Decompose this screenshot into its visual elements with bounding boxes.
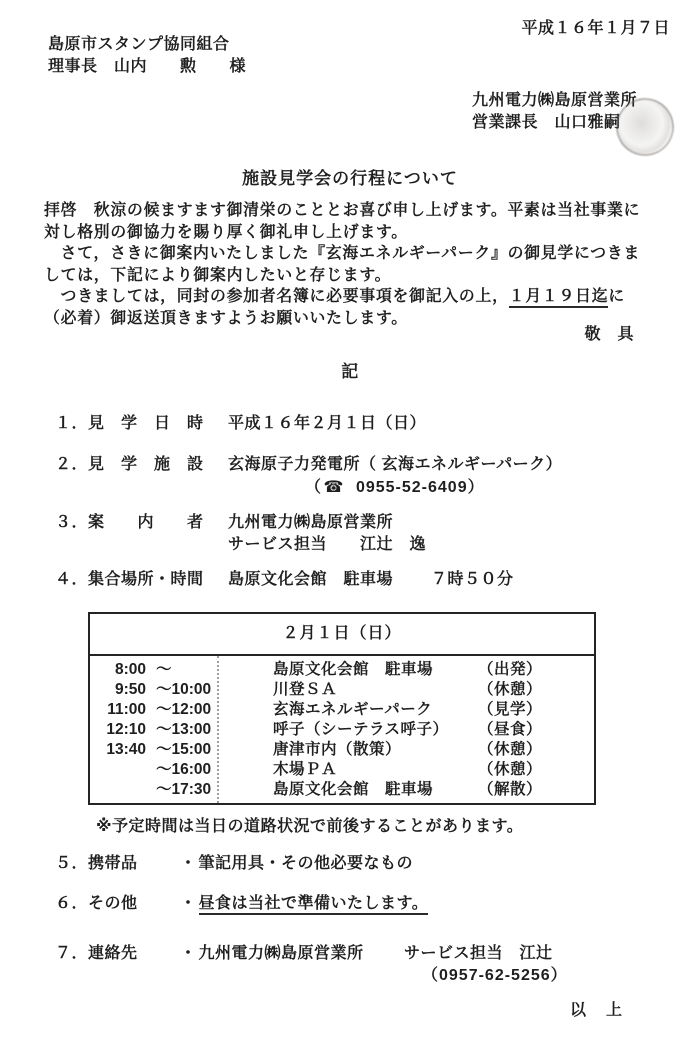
facility-phone: （☎0955-52-6409） xyxy=(305,474,484,497)
itinerary-row-5: 13:40～15:00唐津市内（散策）（休憩） xyxy=(90,740,594,760)
bullet-icon: ・ xyxy=(180,945,197,962)
sender-person: 営業課長 山口雅嗣 xyxy=(472,112,637,134)
paren-close: ） xyxy=(468,479,485,496)
recipient-org: 島原市スタンプ協同組合 xyxy=(48,34,246,56)
letter-body: 拝啓 秋涼の候ますます御清栄のこととお喜び申し上げます。平素は当社事業に 対し格… xyxy=(44,200,640,329)
document-page: 平成１６年１月７日 島原市スタンプ協同組合 理事長 山内 勲 様 九州電力㈱島原… xyxy=(0,0,700,1042)
time-end: ～ xyxy=(146,660,245,680)
item-row-7: ７．連絡先 ・九州電力㈱島原営業所 サービス担当 江辻 xyxy=(0,940,700,962)
place: 玄海エネルギーパーク xyxy=(245,700,478,720)
place: 呼子（シーテラス呼子） xyxy=(245,720,478,740)
contact-person: サービス担当 江辻 xyxy=(404,940,553,963)
time-end: ～13:00 xyxy=(146,720,245,740)
bullet-icon: ・ xyxy=(180,895,197,912)
document-title: 施設見学会の行程について xyxy=(0,164,700,189)
activity-note: （休憩） xyxy=(478,740,594,760)
facility-phone-number: 0955-52-6409 xyxy=(356,479,468,496)
item-7-text: 九州電力㈱島原営業所 xyxy=(199,945,364,962)
item-7-value: ・九州電力㈱島原営業所 xyxy=(180,940,364,963)
item-5-text: 筆記用具・その他必要なもの xyxy=(199,855,414,872)
itinerary-date-header: ２月１日（日） xyxy=(90,614,594,656)
body-line-1: 拝啓 秋涼の候ますます御清栄のこととお喜び申し上げます。平素は当社事業に xyxy=(44,200,640,222)
item-row-2: ２．見 学 施 設 玄海原子力発電所（ 玄海エネルギーパーク） xyxy=(0,451,700,473)
itinerary-row-6: ～16:00木場ＰＡ（休憩） xyxy=(90,760,594,780)
meeting-time: ７時５０分 xyxy=(431,566,514,589)
time-start: 13:40 xyxy=(102,740,146,760)
time-end: ～16:00 xyxy=(146,760,245,780)
recipient-person: 理事長 山内 勲 様 xyxy=(48,56,246,78)
activity-note: （昼食） xyxy=(478,720,594,740)
item-3-guide: サービス担当 江辻 逸 xyxy=(228,531,426,554)
itinerary-row-4: 12:10～13:00呼子（シーテラス呼子）（昼食） xyxy=(90,720,594,740)
place: 島原文化会館 駐車場 xyxy=(245,660,478,680)
activity-note: （見学） xyxy=(478,700,594,720)
time-start: 8:00 xyxy=(102,660,146,680)
itinerary-table: ２月１日（日） 8:00～島原文化会館 駐車場（出発） 9:50～10:00川登… xyxy=(88,612,596,805)
item-5-label: ５．携帯品 xyxy=(55,850,138,873)
place: 島原文化会館 駐車場 xyxy=(245,780,478,800)
item-7-label: ７．連絡先 xyxy=(55,940,138,963)
itinerary-row-3: 11:00～12:00玄海エネルギーパーク（見学） xyxy=(90,700,594,720)
contact-phone-number: （0957-62-5256） xyxy=(422,962,568,985)
item-4-label: ４．集合場所・時間 xyxy=(55,566,204,589)
item-3-value: 九州電力㈱島原営業所 xyxy=(228,509,393,532)
body-line-4: しては，下記により御案内したいと存じます。 xyxy=(44,265,640,287)
time-end: ～12:00 xyxy=(146,700,245,720)
activity-note: （休憩） xyxy=(478,760,594,780)
place: 唐津市内（散策） xyxy=(245,740,478,760)
body-line-6: （必着）御返送頂きますようお願いいたします。 xyxy=(44,308,640,330)
item-row-6: ６．その他 ・昼食は当社で準備いたします。 xyxy=(0,890,700,912)
item-row-2-phone: （☎0955-52-6409） xyxy=(0,474,700,496)
item-row-3: ３．案 内 者 九州電力㈱島原営業所 xyxy=(0,509,700,531)
time-start xyxy=(102,780,146,800)
item-row-3b: サービス担当 江辻 逸 xyxy=(0,531,700,553)
item-row-4: ４．集合場所・時間 島原文化会館 駐車場 ７時５０分 xyxy=(0,566,700,588)
body-line-5: つきましては，同封の参加者名簿に必要事項を御記入の上，１月１９日迄に xyxy=(44,286,640,308)
itinerary-row-1: 8:00～島原文化会館 駐車場（出発） xyxy=(90,660,594,680)
sender-block: 九州電力㈱島原営業所 営業課長 山口雅嗣 xyxy=(472,90,637,133)
recipient-block: 島原市スタンプ協同組合 理事長 山内 勲 様 xyxy=(48,34,246,77)
item-3-label: ３．案 内 者 xyxy=(55,509,204,532)
item-1-value: 平成１６年２月１日（日） xyxy=(228,410,426,433)
time-end: ～15:00 xyxy=(146,740,245,760)
deadline-underlined: １月１９日迄 xyxy=(509,288,609,308)
activity-note: （出発） xyxy=(478,660,594,680)
table-dotted-divider xyxy=(217,656,219,803)
sender-org: 九州電力㈱島原営業所 xyxy=(472,90,637,112)
place: 木場ＰＡ xyxy=(245,760,478,780)
item-row-7-phone: （0957-62-5256） xyxy=(0,962,700,984)
item-5-value: ・筆記用具・その他必要なもの xyxy=(180,850,413,873)
item-4-value: 島原文化会館 駐車場 xyxy=(228,566,393,589)
record-heading: 記 xyxy=(0,357,700,382)
closing-keigu: 敬 具 xyxy=(584,321,634,344)
item-6-value: ・昼食は当社で準備いたします。 xyxy=(180,890,428,913)
item-2-label: ２．見 学 施 設 xyxy=(55,451,204,474)
time-start: 9:50 xyxy=(102,680,146,700)
bullet-icon: ・ xyxy=(180,855,197,872)
body-line-5-pre: つきましては，同封の参加者名簿に必要事項を御記入の上， xyxy=(44,288,509,305)
closing-ijou: 以 上 xyxy=(570,997,624,1020)
schedule-caution: ※予定時間は当日の道路状況で前後することがあります。 xyxy=(96,813,523,836)
activity-note: （休憩） xyxy=(478,680,594,700)
item-row-1: １．見 学 日 時 平成１６年２月１日（日） xyxy=(0,410,700,432)
time-start xyxy=(102,760,146,780)
paren-open: （ xyxy=(305,479,322,496)
body-line-5-post: に xyxy=(608,288,625,305)
item-6-label: ６．その他 xyxy=(55,890,138,913)
item-row-5: ５．携帯品 ・筆記用具・その他必要なもの xyxy=(0,850,700,872)
body-line-3: さて，さきに御案内いたしました『玄海エネルギーパーク』の御見学につきま xyxy=(44,243,640,265)
time-end: ～17:30 xyxy=(146,780,245,800)
item-1-label: １．見 学 日 時 xyxy=(55,410,204,433)
item-6-text-underlined: 昼食は当社で準備いたします。 xyxy=(199,895,429,915)
itinerary-body: 8:00～島原文化会館 駐車場（出発） 9:50～10:00川登ＳＡ（休憩） 1… xyxy=(90,656,594,803)
phone-icon: ☎ xyxy=(324,479,344,496)
itinerary-row-2: 9:50～10:00川登ＳＡ（休憩） xyxy=(90,680,594,700)
time-start: 11:00 xyxy=(102,700,146,720)
time-start: 12:10 xyxy=(102,720,146,740)
place: 川登ＳＡ xyxy=(245,680,478,700)
time-end: ～10:00 xyxy=(146,680,245,700)
item-2-value: 玄海原子力発電所（ 玄海エネルギーパーク） xyxy=(228,451,562,474)
document-date: 平成１６年１月７日 xyxy=(521,15,670,38)
itinerary-row-7: ～17:30島原文化会館 駐車場（解散） xyxy=(90,780,594,800)
activity-note: （解散） xyxy=(478,780,594,800)
body-line-2: 対し格別の御協力を賜り厚く御礼申し上げます。 xyxy=(44,222,640,244)
